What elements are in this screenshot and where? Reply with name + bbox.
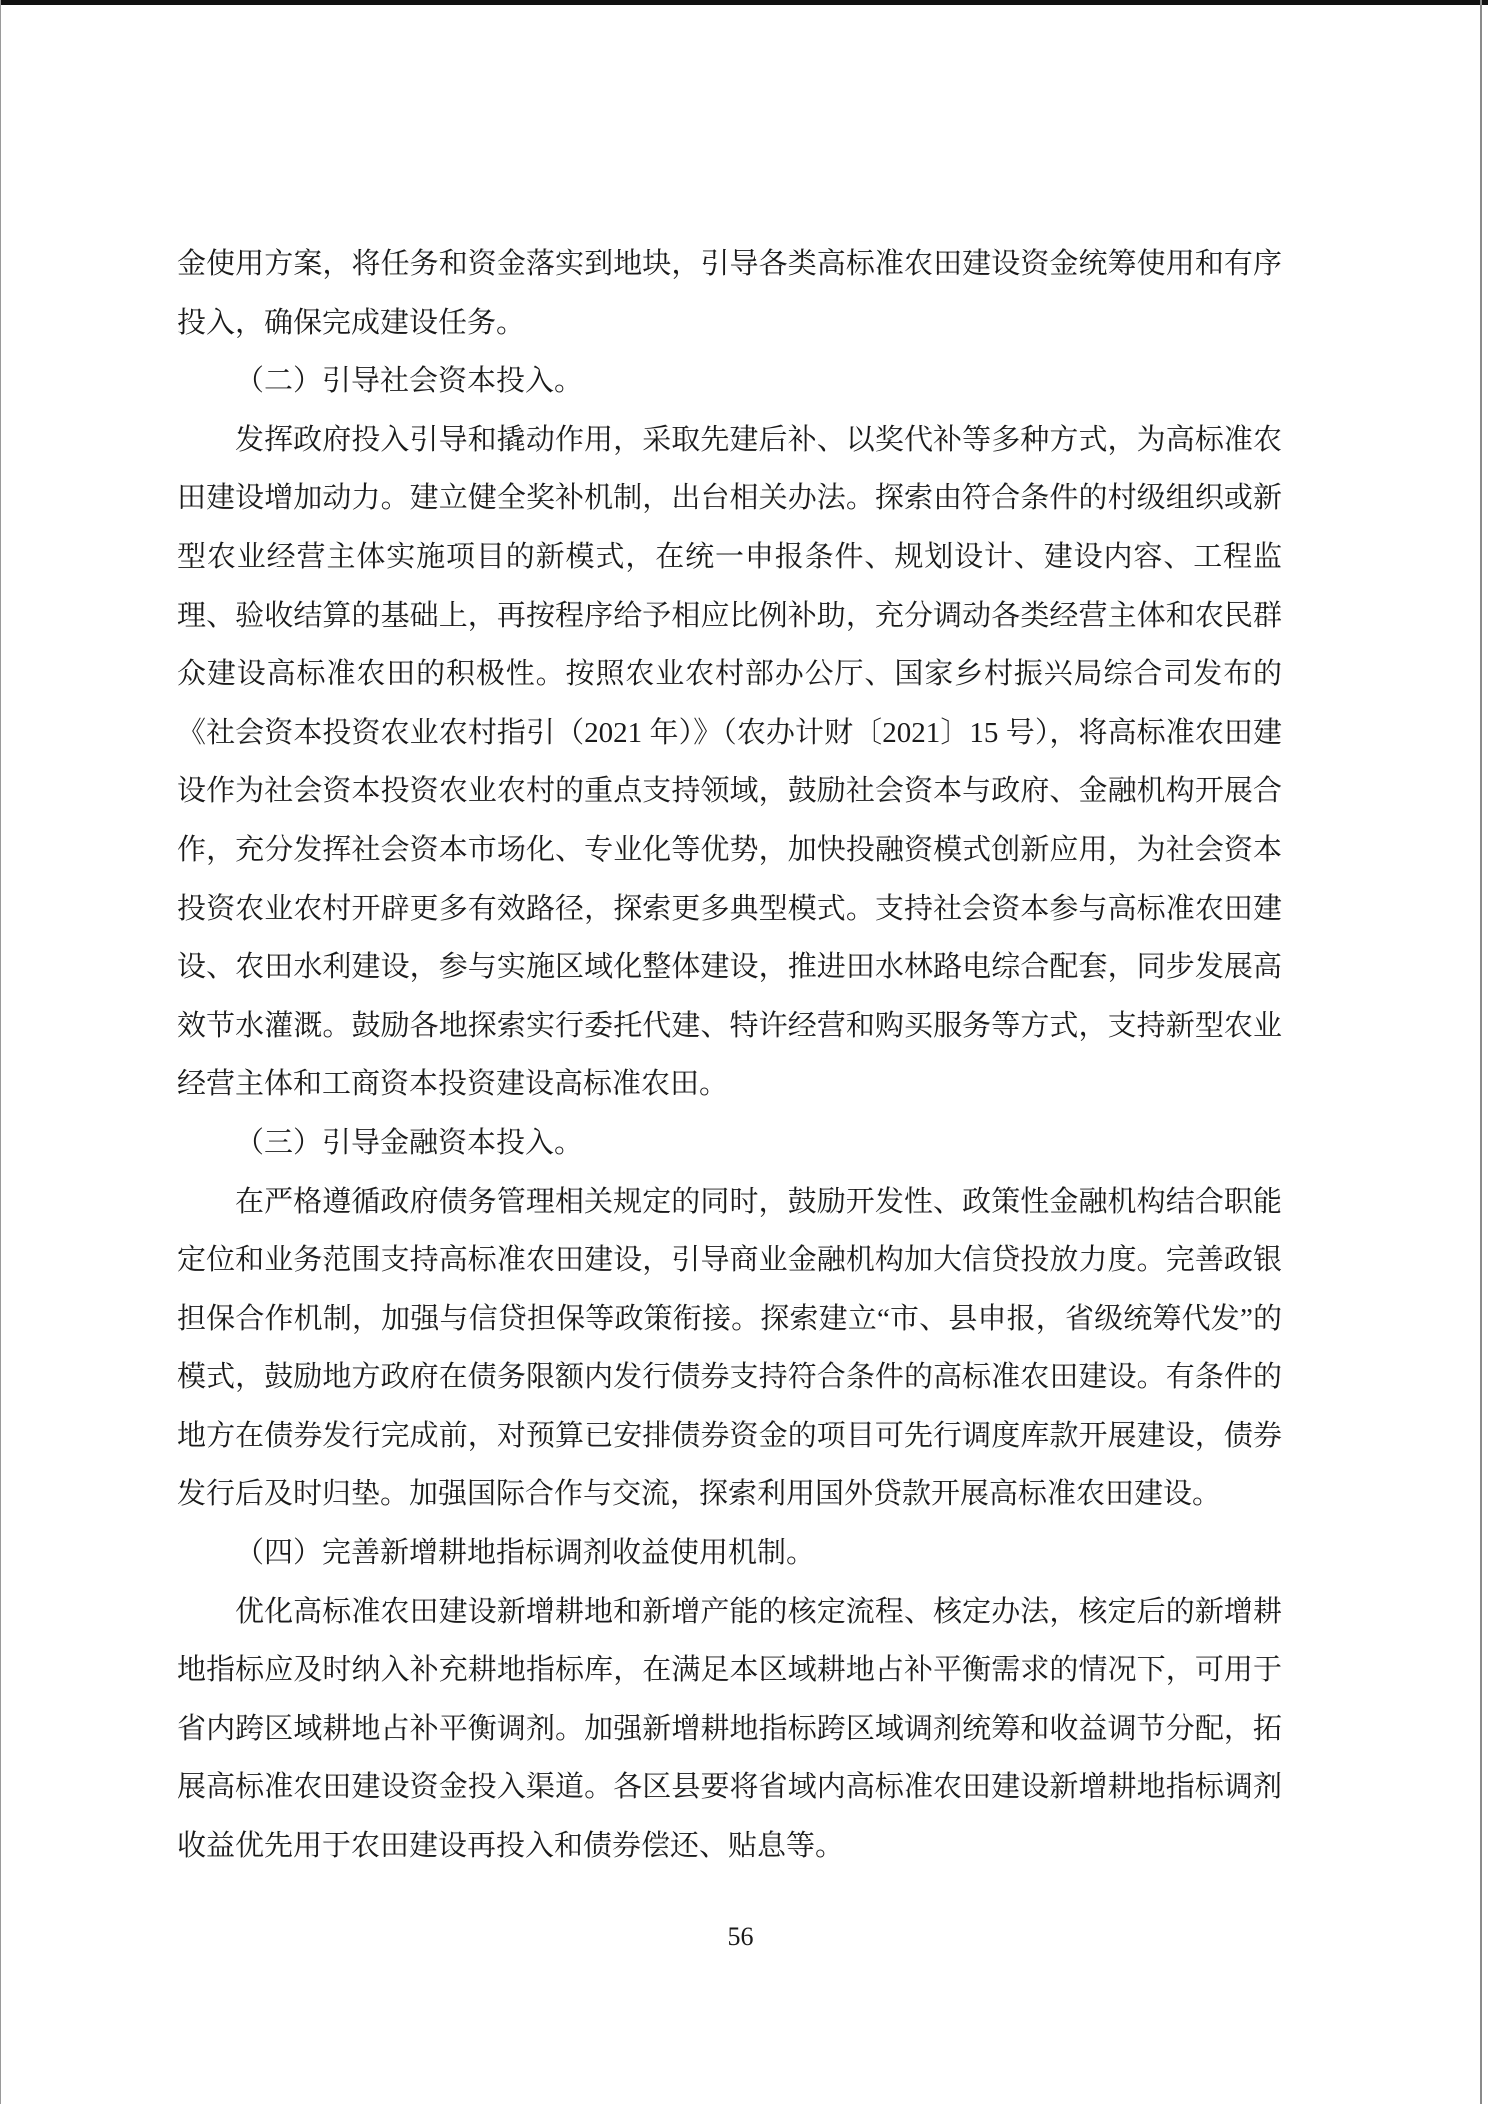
page-number: 56: [0, 1922, 1481, 1952]
paragraph: （四）完善新增耕地指标调剂收益使用机制。: [177, 1524, 1282, 1583]
paragraph: 优化高标准农田建设新增耕地和新增产能的核定流程、核定办法，核定后的新增耕地指标应…: [177, 1583, 1282, 1876]
paragraph: 发挥政府投入引导和撬动作用，采取先建后补、以奖代补等多种方式，为高标准农田建设增…: [177, 411, 1282, 1114]
page-right-divider: [1480, 0, 1482, 2104]
paragraph: 在严格遵循政府债务管理相关规定的同时，鼓励开发性、政策性金融机构结合职能定位和业…: [177, 1173, 1282, 1525]
page-top-edge: [0, 0, 1488, 5]
document-body: 金使用方案，将任务和资金落实到地块，引导各类高标准农田建设资金统筹使用和有序投入…: [177, 235, 1282, 1876]
paragraph: （二）引导社会资本投入。: [177, 352, 1282, 411]
paragraph: （三）引导金融资本投入。: [177, 1114, 1282, 1173]
page-left-edge: [0, 0, 1, 2104]
paragraph: 金使用方案，将任务和资金落实到地块，引导各类高标准农田建设资金统筹使用和有序投入…: [177, 235, 1282, 352]
document-page: 金使用方案，将任务和资金落实到地块，引导各类高标准农田建设资金统筹使用和有序投入…: [0, 0, 1488, 2104]
